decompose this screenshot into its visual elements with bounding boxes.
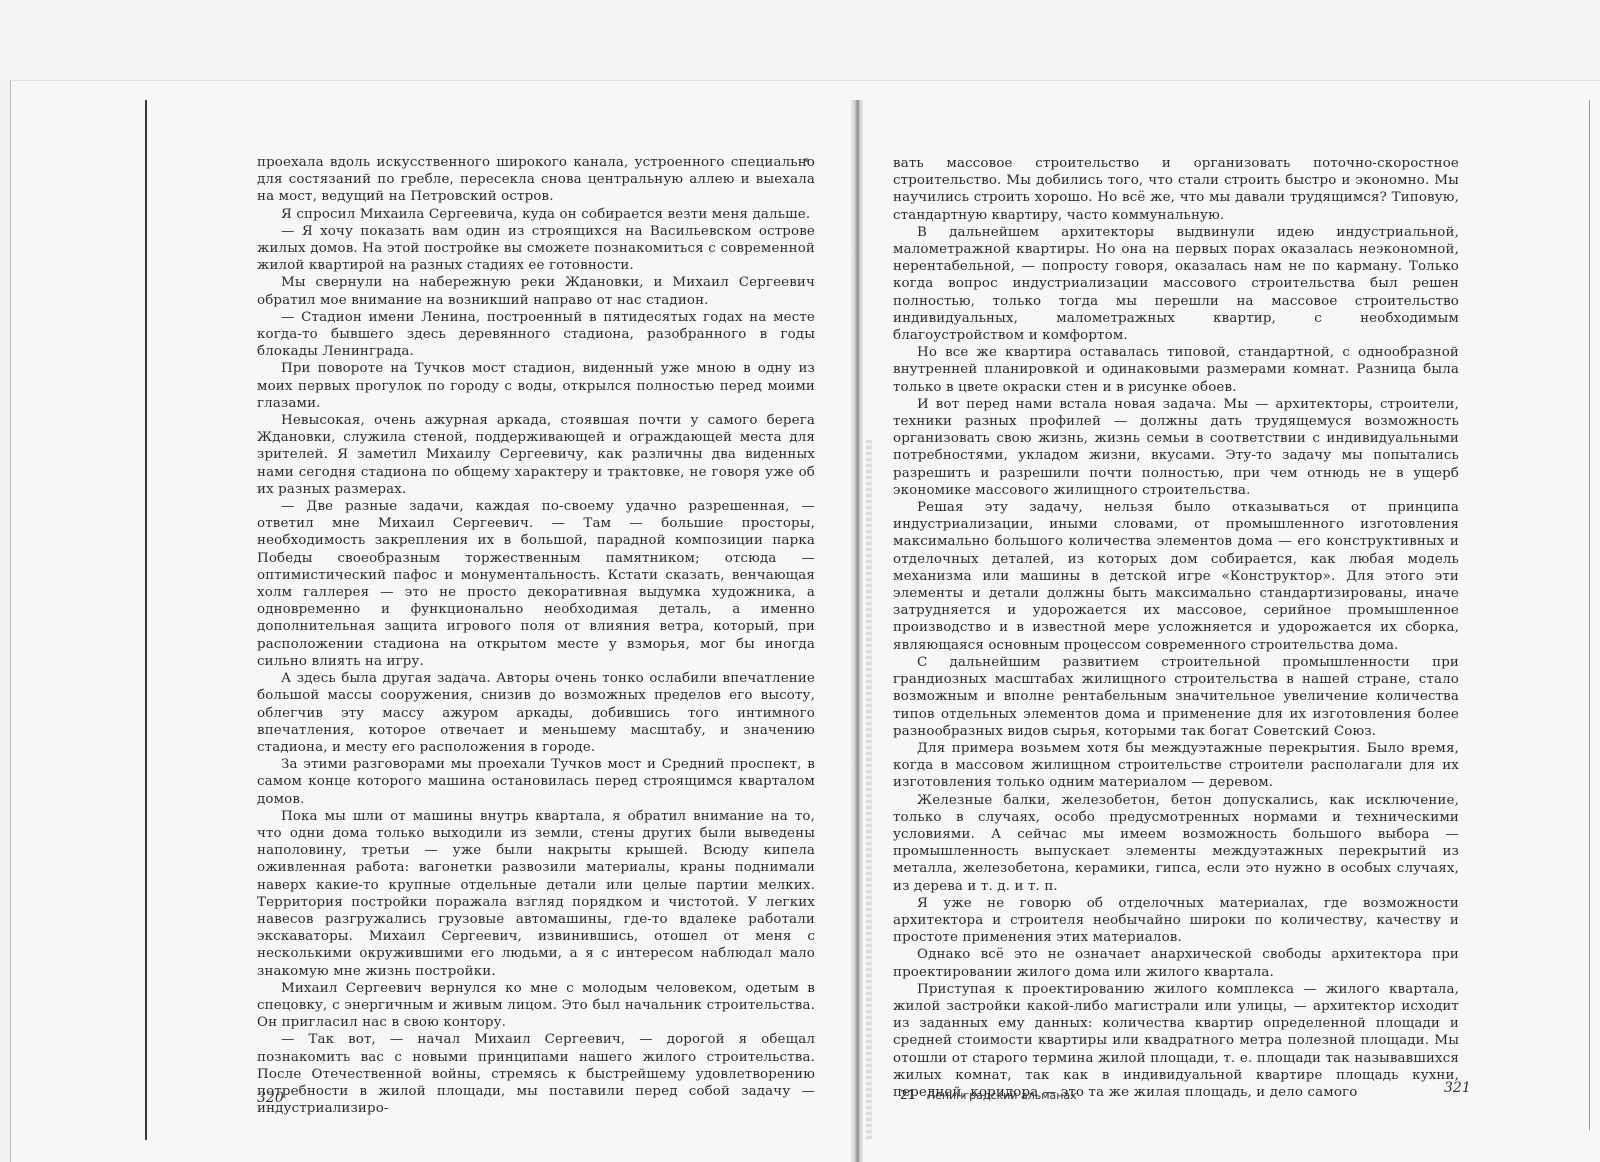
- page-number-left: 320: [257, 1090, 284, 1106]
- paragraph: — Две разные задачи, каждая по-своему уд…: [257, 498, 815, 670]
- paragraph: — Я хочу показать вам один из строящихся…: [257, 223, 815, 275]
- paragraph: Но все же квартира оставалась типовой, с…: [893, 344, 1459, 396]
- running-title: Ленинградский альманах: [927, 1089, 1077, 1102]
- signature-number: 21: [900, 1088, 915, 1102]
- left-page-edge: [145, 100, 147, 1140]
- paragraph: Я уже не говорю об отделочных материалах…: [893, 895, 1459, 947]
- right-page-edge: [1589, 100, 1590, 1130]
- right-page-text: вать массовое строительство и организова…: [893, 155, 1459, 1101]
- paragraph: Невысокая, очень ажурная аркада, стоявша…: [257, 412, 815, 498]
- paragraph: Решая эту задачу, нельзя было отказывать…: [893, 499, 1459, 654]
- paragraph: — Стадион имени Ленина, построенный в пя…: [257, 309, 815, 361]
- paragraph: Я спросил Михаила Сергеевича, куда он со…: [257, 206, 815, 223]
- paragraph: При повороте на Тучков мост стадион, вид…: [257, 360, 815, 412]
- paragraph: проехала вдоль искусственного широкого к…: [257, 154, 815, 206]
- scanner-background: [0, 0, 1600, 80]
- paragraph: — Так вот, — начал Михаил Сергеевич, — д…: [257, 1031, 815, 1117]
- paragraph: Приступая к проектированию жилого компле…: [893, 981, 1459, 1101]
- paragraph: вать массовое строительство и организова…: [893, 155, 1459, 224]
- spine-shadow: [866, 440, 872, 1140]
- paragraph: А здесь была другая задача. Авторы очень…: [257, 670, 815, 756]
- paragraph: Для примера возьмем хотя бы междуэтажные…: [893, 740, 1459, 792]
- left-page-text: проехала вдоль искусственного широкого к…: [257, 154, 815, 1117]
- paragraph: Михаил Сергеевич вернулся ко мне с молод…: [257, 980, 815, 1032]
- paragraph: За этими разговорами мы проехали Тучков …: [257, 756, 815, 808]
- paragraph: И вот перед нами встала новая задача. Мы…: [893, 396, 1459, 499]
- paragraph: Железные балки, железобетон, бетон допус…: [893, 792, 1459, 895]
- page-number-right: 321: [1444, 1080, 1471, 1096]
- paragraph: Пока мы шли от машины внутрь квартала, я…: [257, 808, 815, 980]
- printer-signature: 21 Ленинградский альманах: [900, 1088, 1077, 1102]
- paragraph: С дальнейшим развитием строительной пром…: [893, 654, 1459, 740]
- book-gutter: [850, 100, 864, 1162]
- paragraph: Однако всё это не означает анархической …: [893, 946, 1459, 980]
- paragraph: Мы свернули на набережную реки Ждановки,…: [257, 274, 815, 308]
- paragraph: В дальнейшем архитекторы выдвинули идею …: [893, 224, 1459, 344]
